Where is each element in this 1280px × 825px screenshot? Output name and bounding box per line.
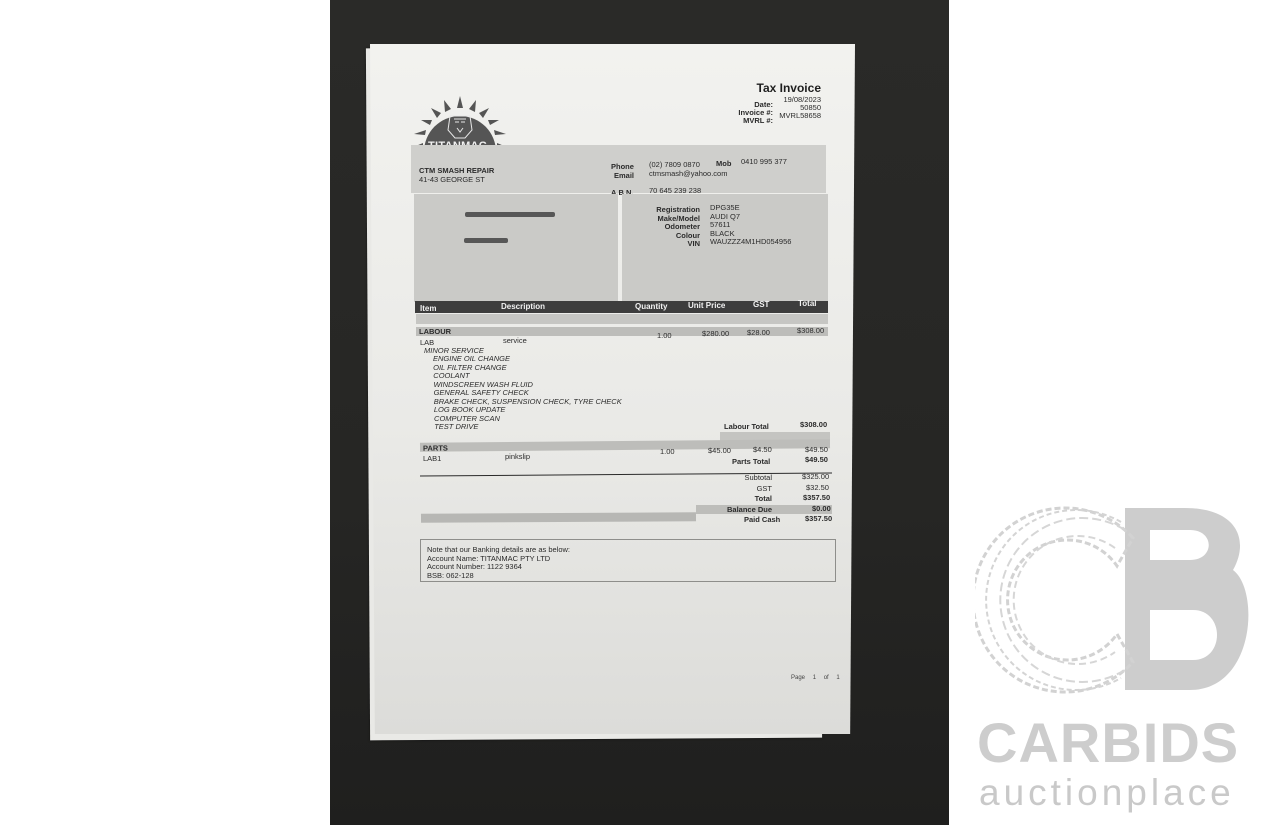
labour-gst: $28.00 (747, 329, 770, 338)
mob-label: Mob (716, 160, 731, 169)
page-label: Page (791, 675, 805, 681)
paid-bar (421, 512, 696, 522)
vehicle-labels: Registration Make/Model Odometer Colour … (656, 206, 700, 249)
business-address-line1: 41-43 GEORGE ST (419, 176, 485, 185)
labour-description: service (503, 337, 527, 346)
service-task-list: ENGINE OIL CHANGEOIL FILTER CHANGECOOLAN… (433, 355, 622, 432)
redacted-customer-detail (464, 238, 508, 243)
invoice-meta-values: 19/08/2023 50850 MVRL58658 (779, 96, 821, 120)
parts-total: $49.50 (805, 446, 828, 455)
balance-due-label: Balance Due (727, 506, 772, 515)
subtotal-value: $325.00 (802, 473, 829, 482)
labour-total: $308.00 (797, 327, 824, 336)
account-number: Account Number: 1122 9364 (427, 563, 829, 572)
parts-total-label: Parts Total (732, 458, 770, 467)
parts-quantity: 1.00 (660, 448, 675, 457)
vehicle-details-panel: Registration Make/Model Odometer Colour … (622, 194, 828, 302)
invoice-meta-labels: Date: Invoice #: MVRL #: (738, 101, 773, 125)
gst-value: $32.50 (806, 484, 829, 493)
carbids-cb-logo-icon (975, 500, 1260, 700)
customer-details-panel (414, 194, 618, 302)
labour-unit-price: $280.00 (702, 330, 729, 339)
carbids-watermark: CARBIDS auctionplace (975, 500, 1260, 820)
mvrl-value: MVRL58658 (779, 112, 821, 120)
subtotal-label: Subtotal (742, 474, 772, 483)
vin-value: WAUZZZ4M1HD054956 (710, 238, 791, 247)
page-indicator: Page 1 of 1 (791, 675, 840, 681)
labour-total-label: Labour Total (724, 423, 769, 432)
vehicle-values: DPG35E AUDI Q7 57611 BLACK WAUZZZ4M1HD05… (710, 204, 791, 247)
redacted-customer-name (465, 212, 555, 217)
page-total: 1 (836, 675, 839, 681)
parts-gst: $4.50 (753, 446, 772, 455)
paid-cash-label: Paid Cash (744, 516, 780, 525)
service-task: TEST DRIVE (434, 423, 622, 432)
page-current: 1 (813, 675, 816, 681)
mvrl-label: MVRL #: (738, 117, 773, 125)
labour-section-label: LABOUR (419, 328, 451, 337)
table-header: Item Description Quantity Unit Price GST… (415, 301, 828, 313)
parts-unit-price: $45.00 (708, 447, 731, 456)
parts-description: pinkslip (505, 453, 530, 462)
business-details-band: CTM SMASH REPAIR 41-43 GEORGE ST CLYDE, … (411, 145, 826, 193)
gst-label: GST (742, 485, 772, 494)
mob-value: 0410 995 377 (741, 158, 787, 167)
paid-cash-value: $357.50 (805, 515, 832, 524)
labour-total-value: $308.00 (800, 421, 827, 430)
banking-details-box: Note that our Banking details are as bel… (420, 539, 836, 582)
invoice-page: TITANMAC Tax Invoice Date: Invoice #: MV… (370, 44, 855, 734)
balance-due-value: $0.00 (812, 505, 831, 514)
col-description: Description (501, 302, 545, 311)
vin-label: VIN (656, 240, 700, 249)
labour-quantity: 1.00 (657, 332, 672, 341)
watermark-brand: CARBIDS (977, 710, 1239, 775)
watermark-tagline: auctionplace (979, 772, 1235, 814)
total-value: $357.50 (803, 494, 830, 503)
col-total: Total (798, 299, 817, 308)
parts-section-label: PARTS (423, 445, 448, 454)
balance-due-bar: Balance Due $0.00 (696, 505, 832, 514)
table-subheader-bar (416, 314, 828, 324)
document-title: Tax Invoice (757, 81, 821, 95)
email-value: ctmsmash@yahoo.com (649, 170, 727, 179)
parts-total-value: $49.50 (805, 456, 828, 465)
col-gst: GST (753, 300, 769, 309)
email-label: Email (614, 172, 634, 181)
col-quantity: Quantity (635, 302, 667, 311)
parts-item: LAB1 (423, 455, 441, 464)
total-label: Total (742, 495, 772, 504)
col-item: Item (420, 304, 436, 313)
page-of: of (824, 675, 829, 681)
col-unit-price: Unit Price (688, 301, 725, 310)
bsb: BSB: 062-128 (427, 572, 829, 581)
